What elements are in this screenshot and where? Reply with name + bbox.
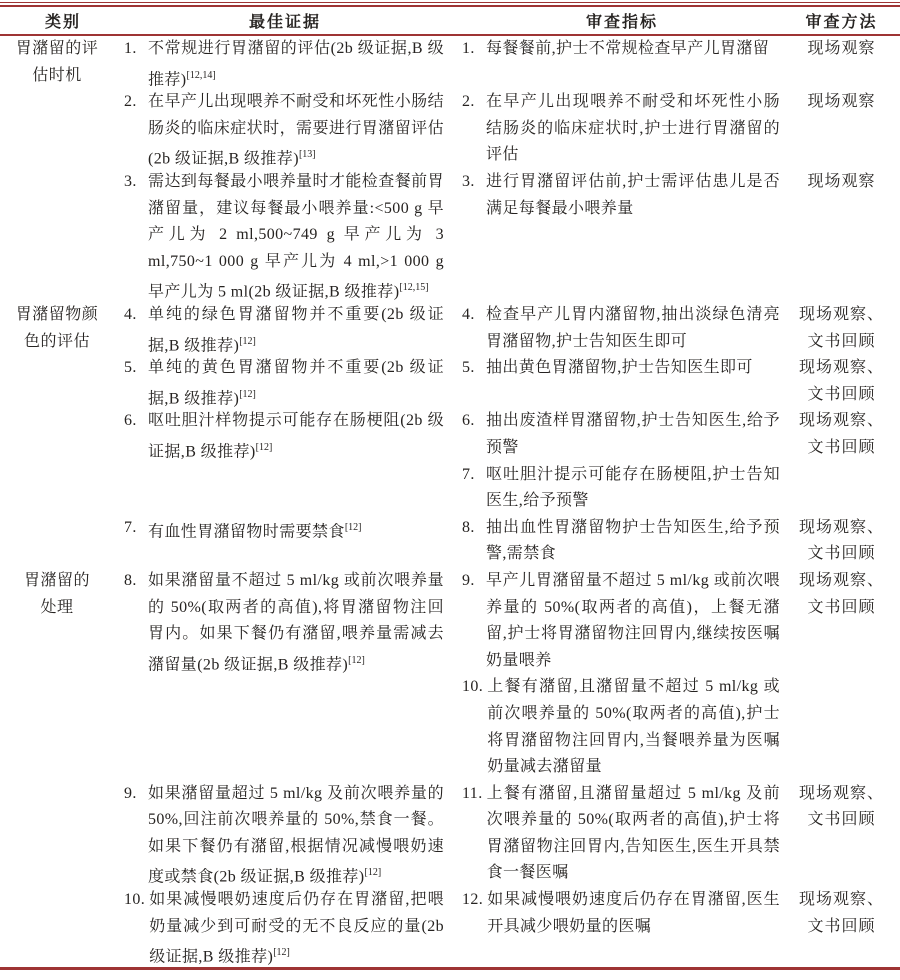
table-row: 9.如果潴留量超过 5 ml/kg 及前次喂养量的 50%,回注前次喂养量的 5… bbox=[0, 781, 900, 887]
indicator-number: 6. bbox=[462, 408, 486, 461]
indicator-number: 3. bbox=[462, 169, 486, 222]
indicator-text: 每餐餐前,护士不常规检查早产儿胃潴留 bbox=[486, 36, 780, 63]
evidence-text: 如果潴留量不超过 5 ml/kg 或前次喂养量的 50%(取两者的高值),将胃潴… bbox=[148, 568, 444, 679]
evidence-number: 3. bbox=[124, 169, 148, 306]
table-row: 3.需达到每餐最小喂养量时才能检查餐前胃潴留量，建议每餐最小喂养量:<500 g… bbox=[0, 169, 900, 302]
indicator-cell: 1.每餐餐前,护士不常规检查早产儿胃潴留 bbox=[454, 36, 790, 63]
table-row: 10.上餐有潴留,且潴留量不超过 5 ml/kg 或前次喂养量的 50%(取两者… bbox=[0, 674, 900, 780]
indicator-number: 10. bbox=[462, 674, 487, 780]
indicator-cell: 9.早产儿胃潴留量不超过 5 ml/kg 或前次喂养量的 50%(取两者的高值)… bbox=[454, 568, 790, 674]
indicator-cell: 8.抽出血性胃潴留物护士告知医生,给予预警,需禁食 bbox=[454, 515, 790, 568]
evidence-number: 8. bbox=[124, 568, 148, 679]
column-header-category: 类别 bbox=[10, 9, 116, 32]
indicator-cell: 7.呕吐胆汁提示可能存在肠梗阻,护士告知医生,给予预警 bbox=[454, 462, 790, 515]
evidence-cell: 2.在早产儿出现喂养不耐受和坏死性小肠结肠炎的临床症状时，需要进行胃潴留评估(2… bbox=[116, 89, 454, 173]
indicator-number: 7. bbox=[462, 462, 486, 515]
evidence-number: 9. bbox=[124, 781, 148, 892]
reference-superscript: [12] bbox=[273, 947, 290, 958]
table-header-row: 类别 最佳证据 审查指标 审查方法 bbox=[0, 7, 900, 36]
method-cell: 现场观察、 文书回顾 bbox=[790, 408, 893, 461]
method-cell: 现场观察 bbox=[790, 36, 893, 63]
table-row: 胃潴留的 处理 8.如果潴留量不超过 5 ml/kg 或前次喂养量的 50%(取… bbox=[0, 568, 900, 674]
method-cell: 现场观察、 文书回顾 bbox=[790, 302, 893, 355]
evidence-cell: 5.单纯的黄色胃潴留物并不重要(2b 级证据,B 级推荐)[12] bbox=[116, 355, 454, 413]
indicator-text: 上餐有潴留,且潴留量超过 5 ml/kg 及前次喂养量的 50%(取两者的高值)… bbox=[487, 781, 780, 887]
evidence-text: 有血性胃潴留物时需要禁食[12] bbox=[148, 515, 444, 546]
evidence-number: 1. bbox=[124, 36, 148, 94]
column-header-method: 审查方法 bbox=[790, 9, 893, 32]
indicator-text: 上餐有潴留,且潴留量不超过 5 ml/kg 或前次喂养量的 50%(取两者的高值… bbox=[487, 674, 780, 780]
evidence-text: 需达到每餐最小喂养量时才能检查餐前胃潴留量，建议每餐最小喂养量:<500 g 早… bbox=[148, 169, 444, 306]
evidence-cell: 10.如果减慢喂奶速度后仍存在胃潴留,把喂奶量减少到可耐受的无不良反应的量(2b… bbox=[116, 887, 454, 971]
indicator-cell: 10.上餐有潴留,且潴留量不超过 5 ml/kg 或前次喂养量的 50%(取两者… bbox=[454, 674, 790, 780]
method-cell: 现场观察 bbox=[790, 89, 893, 116]
indicator-text: 如果减慢喂奶速度后仍存在胃潴留,医生开具减少喂奶量的医嘱 bbox=[487, 887, 780, 940]
reference-superscript: [12] bbox=[239, 336, 256, 347]
evidence-text: 如果减慢喂奶速度后仍存在胃潴留,把喂奶量减少到可耐受的无不良反应的量(2b 级证… bbox=[149, 887, 444, 971]
table-row: 2.在早产儿出现喂养不耐受和坏死性小肠结肠炎的临床症状时，需要进行胃潴留评估(2… bbox=[0, 89, 900, 169]
evidence-cell: 8.如果潴留量不超过 5 ml/kg 或前次喂养量的 50%(取两者的高值),将… bbox=[116, 568, 454, 679]
method-cell: 现场观察、 文书回顾 bbox=[790, 515, 893, 568]
indicator-text: 早产儿胃潴留量不超过 5 ml/kg 或前次喂养量的 50%(取两者的高值)，上… bbox=[486, 568, 780, 674]
reference-superscript: [13] bbox=[299, 149, 316, 160]
reference-superscript: [12] bbox=[345, 522, 362, 533]
indicator-number: 8. bbox=[462, 515, 486, 568]
indicator-text: 进行胃潴留评估前,护士需评估患儿是否满足每餐最小喂养量 bbox=[486, 169, 780, 222]
table-row: 10.如果减慢喂奶速度后仍存在胃潴留,把喂奶量减少到可耐受的无不良反应的量(2b… bbox=[0, 887, 900, 967]
evidence-number: 5. bbox=[124, 355, 148, 413]
indicator-number: 11. bbox=[462, 781, 487, 887]
indicator-cell: 5.抽出黄色胃潴留物,护士告知医生即可 bbox=[454, 355, 790, 382]
evidence-number: 6. bbox=[124, 408, 148, 466]
evidence-cell: 3.需达到每餐最小喂养量时才能检查餐前胃潴留量，建议每餐最小喂养量:<500 g… bbox=[116, 169, 454, 306]
evidence-cell: 7.有血性胃潴留物时需要禁食[12] bbox=[116, 515, 454, 546]
category-cell: 胃潴留的评 估时机 bbox=[10, 36, 116, 89]
indicator-number: 5. bbox=[462, 355, 486, 382]
indicator-number: 1. bbox=[462, 36, 486, 63]
evidence-number: 2. bbox=[124, 89, 148, 173]
indicator-number: 9. bbox=[462, 568, 486, 674]
evidence-cell: 1.不常规进行胃潴留的评估(2b 级证据,B 级推荐)[12,14] bbox=[116, 36, 454, 94]
method-cell: 现场观察、 文书回顾 bbox=[790, 781, 893, 834]
evidence-number: 7. bbox=[124, 515, 148, 546]
evidence-text: 如果潴留量超过 5 ml/kg 及前次喂养量的 50%,回注前次喂养量的 50%… bbox=[148, 781, 444, 892]
table-row: 7.呕吐胆汁提示可能存在肠梗阻,护士告知医生,给予预警 bbox=[0, 462, 900, 515]
method-cell: 现场观察 bbox=[790, 169, 893, 196]
evidence-cell: 9.如果潴留量超过 5 ml/kg 及前次喂养量的 50%,回注前次喂养量的 5… bbox=[116, 781, 454, 892]
indicator-text: 检查早产儿胃内潴留物,抽出淡绿色清亮胃潴留物,护士告知医生即可 bbox=[486, 302, 780, 355]
reference-superscript: [12,14] bbox=[187, 70, 216, 81]
journal-table-page: 类别 最佳证据 审查指标 审查方法 胃潴留的评 估时机 1.不常规进行胃潴留的评… bbox=[0, 2, 900, 980]
evidence-number: 10. bbox=[124, 887, 149, 971]
column-header-evidence: 最佳证据 bbox=[116, 9, 454, 32]
evidence-text: 单纯的绿色胃潴留物并不重要(2b 级证据,B 级推荐)[12] bbox=[148, 302, 444, 360]
method-cell: 现场观察、 文书回顾 bbox=[790, 355, 893, 408]
table-row: 6.呕吐胆汁样物提示可能存在肠梗阻(2b 级证据,B 级推荐)[12] 6.抽出… bbox=[0, 408, 900, 461]
evidence-text: 单纯的黄色胃潴留物并不重要(2b 级证据,B 级推荐)[12] bbox=[148, 355, 444, 413]
indicator-text: 抽出血性胃潴留物护士告知医生,给予预警,需禁食 bbox=[486, 515, 780, 568]
indicator-cell: 3.进行胃潴留评估前,护士需评估患儿是否满足每餐最小喂养量 bbox=[454, 169, 790, 222]
column-header-indicator: 审查指标 bbox=[454, 9, 790, 32]
evidence-cell: 4.单纯的绿色胃潴留物并不重要(2b 级证据,B 级推荐)[12] bbox=[116, 302, 454, 360]
evidence-number: 4. bbox=[124, 302, 148, 360]
indicator-text: 在早产儿出现喂养不耐受和坏死性小肠结肠炎的临床症状时,护士进行胃潴留的评估 bbox=[486, 89, 780, 169]
method-cell: 现场观察、 文书回顾 bbox=[790, 568, 893, 621]
evidence-text: 不常规进行胃潴留的评估(2b 级证据,B 级推荐)[12,14] bbox=[148, 36, 444, 94]
evidence-text: 呕吐胆汁样物提示可能存在肠梗阻(2b 级证据,B 级推荐)[12] bbox=[148, 408, 444, 466]
method-cell: 现场观察、 文书回顾 bbox=[790, 887, 893, 940]
reference-superscript: [12,15] bbox=[399, 282, 428, 293]
table-row: 7.有血性胃潴留物时需要禁食[12] 8.抽出血性胃潴留物护士告知医生,给予预警… bbox=[0, 515, 900, 568]
indicator-cell: 4.检查早产儿胃内潴留物,抽出淡绿色清亮胃潴留物,护士告知医生即可 bbox=[454, 302, 790, 355]
table-row: 胃潴留物颜 色的评估 4.单纯的绿色胃潴留物并不重要(2b 级证据,B 级推荐)… bbox=[0, 302, 900, 355]
reference-superscript: [12] bbox=[239, 389, 256, 400]
table-row: 胃潴留的评 估时机 1.不常规进行胃潴留的评估(2b 级证据,B 级推荐)[12… bbox=[0, 36, 900, 89]
evidence-text: 在早产儿出现喂养不耐受和坏死性小肠结肠炎的临床症状时，需要进行胃潴留评估(2b … bbox=[148, 89, 444, 173]
indicator-cell: 6.抽出废渣样胃潴留物,护士告知医生,给予预警 bbox=[454, 408, 790, 461]
category-cell: 胃潴留的 处理 bbox=[10, 568, 116, 621]
indicator-text: 抽出黄色胃潴留物,护士告知医生即可 bbox=[486, 355, 780, 382]
category-cell: 胃潴留物颜 色的评估 bbox=[10, 302, 116, 355]
table-row: 5.单纯的黄色胃潴留物并不重要(2b 级证据,B 级推荐)[12] 5.抽出黄色… bbox=[0, 355, 900, 408]
indicator-text: 抽出废渣样胃潴留物,护士告知医生,给予预警 bbox=[486, 408, 780, 461]
evidence-cell: 6.呕吐胆汁样物提示可能存在肠梗阻(2b 级证据,B 级推荐)[12] bbox=[116, 408, 454, 466]
indicator-number: 12. bbox=[462, 887, 487, 940]
reference-superscript: [12] bbox=[365, 867, 382, 878]
reference-superscript: [12] bbox=[348, 655, 365, 666]
indicator-cell: 11.上餐有潴留,且潴留量超过 5 ml/kg 及前次喂养量的 50%(取两者的… bbox=[454, 781, 790, 887]
indicator-number: 2. bbox=[462, 89, 486, 169]
indicator-number: 4. bbox=[462, 302, 486, 355]
indicator-cell: 2.在早产儿出现喂养不耐受和坏死性小肠结肠炎的临床症状时,护士进行胃潴留的评估 bbox=[454, 89, 790, 169]
indicator-cell: 12.如果减慢喂奶速度后仍存在胃潴留,医生开具减少喂奶量的医嘱 bbox=[454, 887, 790, 940]
reference-superscript: [12] bbox=[256, 442, 273, 453]
indicator-text: 呕吐胆汁提示可能存在肠梗阻,护士告知医生,给予预警 bbox=[486, 462, 780, 515]
